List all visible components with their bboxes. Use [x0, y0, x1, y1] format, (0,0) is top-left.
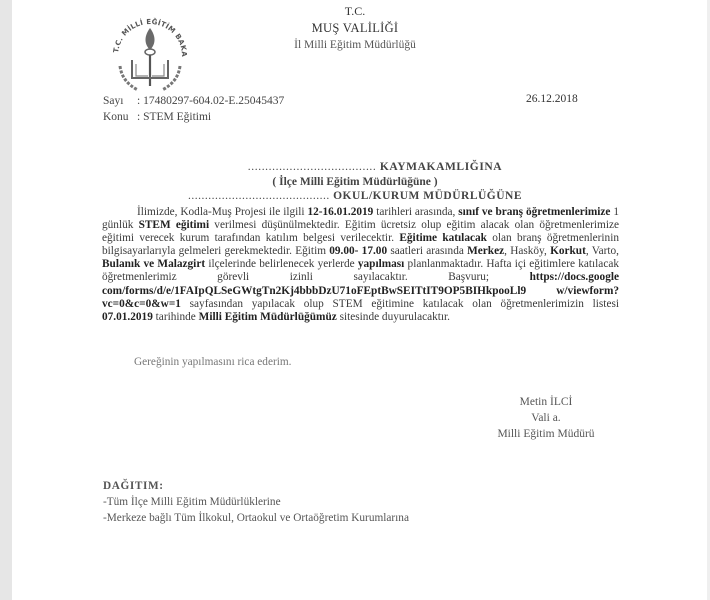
body-emphasis: yapılması — [358, 258, 404, 270]
letter-body: İlimizde, Kodla-Muş Projesi ile ilgili 1… — [102, 206, 619, 324]
distribution-item: -Merkeze bağlı Tüm İlkokul, Ortaokul ve … — [103, 510, 409, 526]
signature-block: Metin İLCİ Vali a. Milli Eğitim Müdürü — [486, 394, 606, 442]
body-text-segment: ilçelerinde belirlenecek yerlerde — [205, 258, 358, 270]
addressee-block: ..................................... KA… — [0, 160, 710, 204]
body-emphasis: Korkut — [550, 245, 586, 257]
body-text-segment: sitesinde duyurulacaktır. — [337, 311, 450, 323]
signatory-title-1: Vali a. — [486, 410, 606, 426]
konu-value: : STEM Eğitimi — [137, 111, 211, 123]
addressee-line-3: OKUL/KURUM MÜDÜRLÜĞÜNE — [333, 190, 522, 202]
distribution-title: DAĞITIM: — [103, 478, 409, 494]
letterhead: T.C. MUŞ VALİLİĞİ İl Milli Eğitim Müdürl… — [0, 3, 710, 54]
body-emphasis: sınıf ve branş öğretmenlerimize — [458, 206, 610, 218]
body-emphasis: 12-16.01.2019 — [307, 206, 373, 218]
closing-line: Gereğinin yapılmasını rica ederim. — [134, 356, 291, 368]
document-date: 26.12.2018 — [526, 93, 578, 105]
sayi-label: Sayı — [103, 93, 137, 109]
body-emphasis: Milli Eğitim Müdürlüğümüz — [199, 311, 337, 323]
body-paragraph: İlimizde, Kodla-Muş Projesi ile ilgili 1… — [102, 206, 619, 324]
distribution-item: -Tüm İlçe Milli Eğitim Müdürlüklerine — [103, 494, 409, 510]
signatory-name: Metin İLCİ — [486, 394, 606, 410]
letterhead-tc: T.C. — [0, 3, 710, 20]
body-text-segment: , Varto, — [586, 245, 619, 257]
body-text-segment: tarihinde — [153, 311, 199, 323]
document-reference: Sayı: 17480297-604.02-E.25045437 Konu: S… — [103, 93, 284, 125]
body-text-segment: tarihleri arasında, — [373, 206, 458, 218]
konu-label: Konu — [103, 109, 137, 125]
body-emphasis: Bulanık ve Malazgirt — [102, 258, 205, 270]
body-emphasis: 07.01.2019 — [102, 311, 153, 323]
addressee-dots-3: ........................................… — [188, 190, 330, 202]
letterhead-directorate: İl Milli Eğitim Müdürlüğü — [0, 37, 710, 54]
addressee-line-1: KAYMAKAMLIĞINA — [380, 161, 502, 173]
body-text-segment: İlimizde, Kodla-Muş Projesi ile ilgili — [137, 206, 307, 218]
signatory-title-2: Milli Eğitim Müdürü — [486, 426, 606, 442]
body-text-segment: sayfasından yapılacak olup STEM eğitimin… — [181, 298, 619, 310]
body-emphasis: 09.00- 17.00 — [329, 245, 387, 257]
sayi-value: : 17480297-604.02-E.25045437 — [137, 95, 284, 107]
addressee-line-2: ( İlçe Milli Eğitim Müdürlüğüne ) — [0, 175, 710, 190]
addressee-dots-1: ..................................... — [248, 161, 377, 173]
body-text-segment: saatleri arasında — [387, 245, 467, 257]
left-edge-shadow — [0, 0, 12, 600]
body-emphasis: STEM eğitimi — [139, 219, 209, 231]
body-emphasis: Merkez — [467, 245, 504, 257]
body-text-segment: , Hasköy, — [504, 245, 550, 257]
letterhead-governorship: MUŞ VALİLİĞİ — [0, 20, 710, 37]
distribution-block: DAĞITIM: -Tüm İlçe Milli Eğitim Müdürlük… — [103, 478, 409, 526]
body-emphasis: Eğitime katılacak — [399, 232, 487, 244]
